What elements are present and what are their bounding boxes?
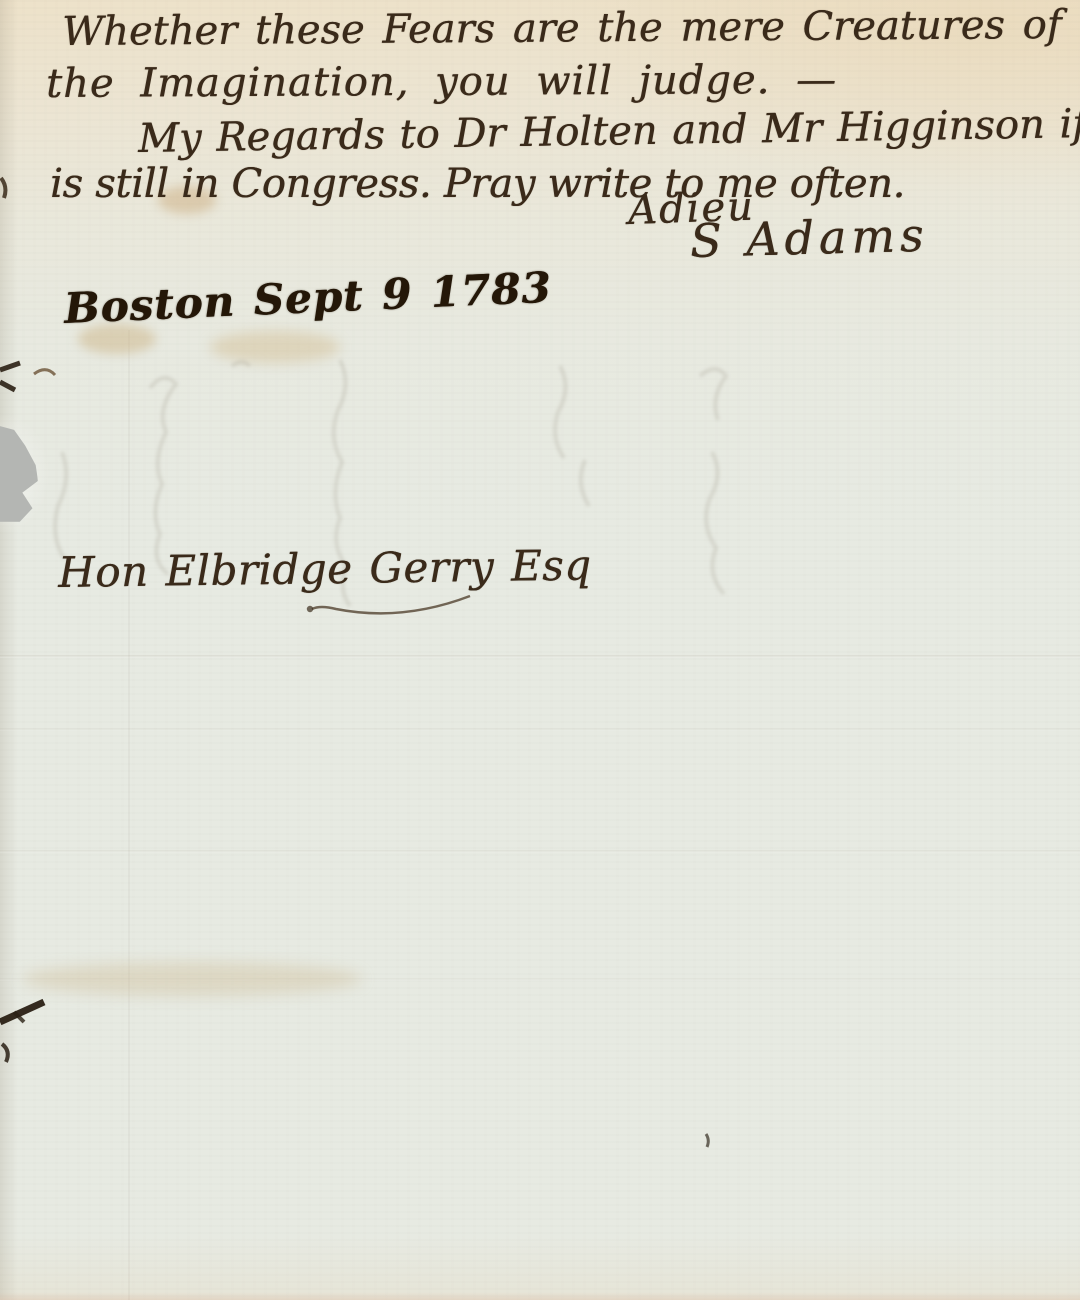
letter-scan: Whether these Fears are the mere Creatur… [0,0,1080,1300]
letter-body-line-1: Whether these Fears are the mere Creatur… [62,5,1062,52]
letter-body-line-2: the Imagination, you will judge. — [46,60,837,104]
ink-speck [706,1134,708,1147]
edge-ink-mark-line4 [1,178,5,198]
letter-body-line-4: is still in Congress. Pray write to me o… [50,164,905,204]
address-flourish [307,596,470,613]
edge-ink-mark-upper [0,363,20,390]
edge-ink-mark-bottom [0,1002,44,1062]
letter-signature: S Adams [689,212,929,264]
letter-address: Hon Elbridge Gerry Esq [58,545,592,594]
edge-ink-mark-brown [34,370,55,375]
